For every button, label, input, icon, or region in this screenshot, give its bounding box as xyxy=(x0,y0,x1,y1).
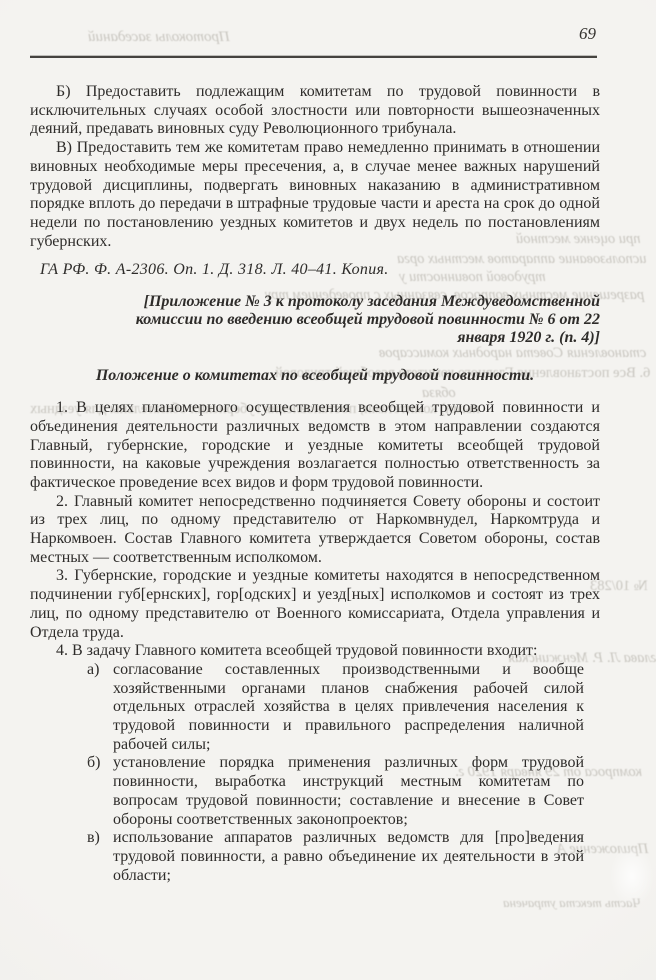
list-item-label: в) xyxy=(87,829,100,848)
list-item-text: установление порядка применения различны… xyxy=(113,754,584,827)
subitem-list: а) согласование составленных производств… xyxy=(30,661,600,885)
list-item-v: в) использование аппаратов различных вед… xyxy=(30,829,584,885)
paragraph-b: Б) Предоставить подлежащим комитетам по … xyxy=(30,83,600,139)
list-item-label: б) xyxy=(87,754,100,773)
paragraph-v: В) Предоставить тем же комитетам право н… xyxy=(30,139,600,251)
list-item-label: а) xyxy=(87,661,99,680)
paragraph-1: 1. В целях планомерного осуществления вс… xyxy=(30,399,600,493)
archive-reference: ГА РФ. Ф. А-2306. Оп. 1. Д. 318. Л. 40–4… xyxy=(40,261,600,280)
page-number: 69 xyxy=(579,24,596,44)
list-item-a: а) согласование составленных производств… xyxy=(30,661,584,755)
scanned-book-page: Протоколы заседаний при оценке местной и… xyxy=(0,0,656,980)
paragraph-2: 2. Главный комитет непосредственно подчи… xyxy=(30,493,600,568)
list-item-text: использование аппаратов различных ведомс… xyxy=(113,829,584,883)
header-rule xyxy=(30,56,597,58)
bleedthrough-running-header: Протоколы заседаний xyxy=(88,29,230,46)
paragraph-4-intro: 4. В задачу Главного комитета всеобщей т… xyxy=(30,642,600,661)
list-item-text: согласование составленных производственн… xyxy=(113,661,584,753)
paper-stain xyxy=(610,845,654,907)
paragraph-3: 3. Губернские, городские и уездные комит… xyxy=(30,567,600,642)
document-title: Положение о комитетах по всеобщей трудов… xyxy=(30,367,600,386)
page-body: Б) Предоставить подлежащим комитетам по … xyxy=(30,83,600,923)
annex-heading: [Приложение № 3 к протоколу заседания Ме… xyxy=(30,293,600,346)
list-item-b: б) установление порядка применения разли… xyxy=(30,754,584,829)
